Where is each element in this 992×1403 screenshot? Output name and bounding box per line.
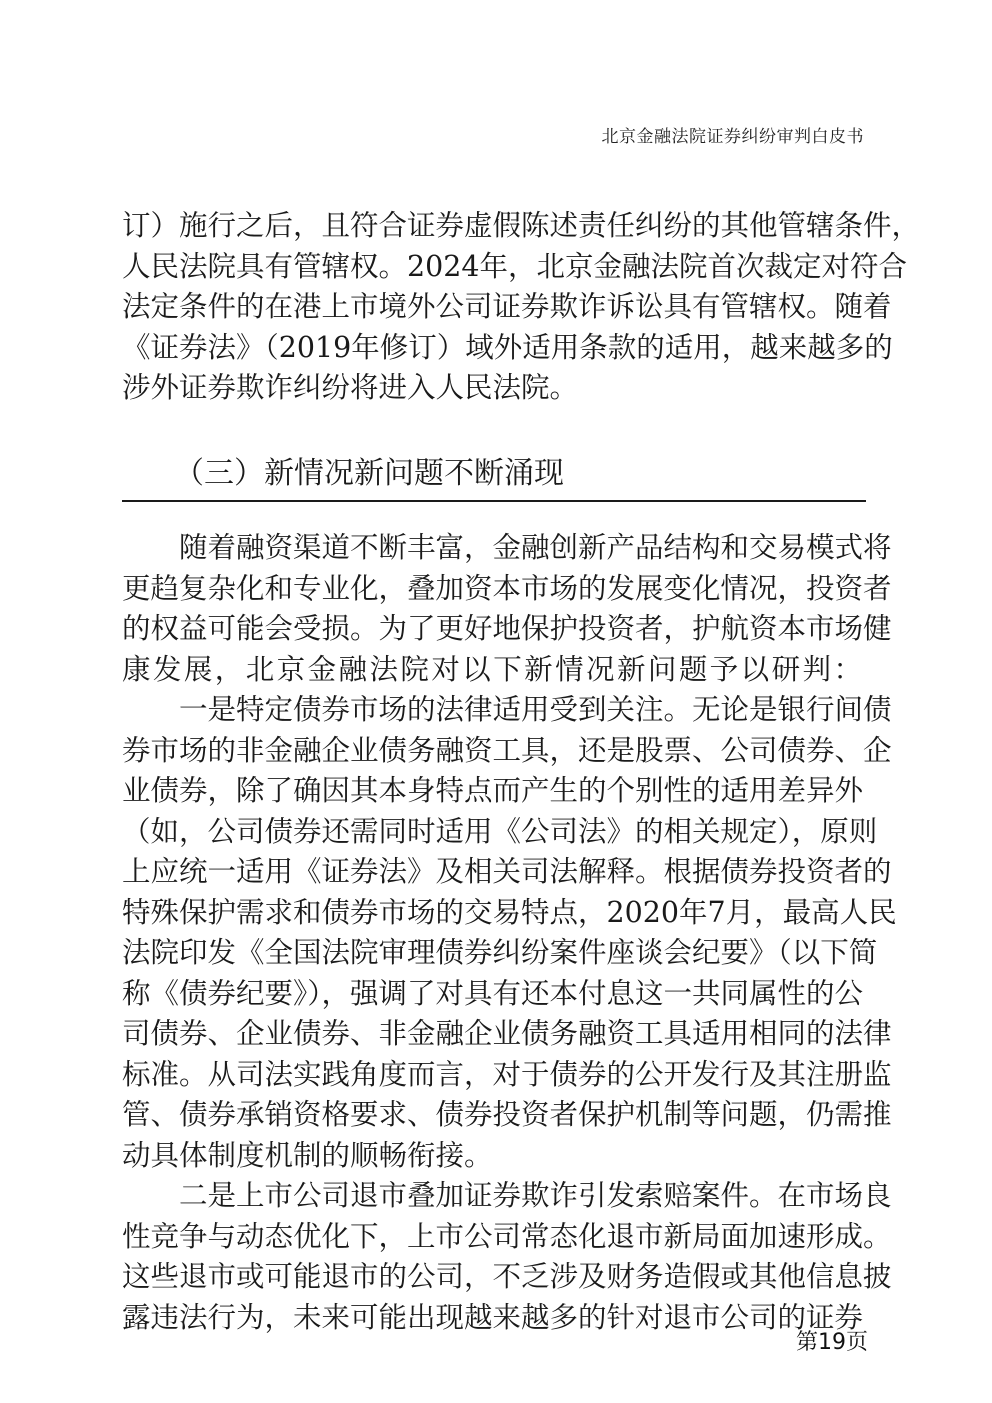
running-header: 北京金融法院证券纠纷审判白皮书	[602, 122, 865, 147]
page-number: 第19页	[796, 1325, 868, 1356]
text-line: 特殊保护需求和债券市场的交易特点，2020年7月，最高人民	[122, 893, 862, 934]
text-line: 司债券、企业债券、非金融企业债务融资工具适用相同的法律	[122, 1014, 862, 1055]
text-line: 券市场的非金融企业债务融资工具，还是股票、公司债券、企	[122, 731, 862, 772]
text-line: 涉外证券欺诈纠纷将进入人民法院。	[122, 368, 862, 409]
text-line: 一是特定债券市场的法律适用受到关注。无论是银行间债	[122, 690, 862, 731]
text-line: 人民法院具有管辖权。2024年，北京金融法院首次裁定对符合	[122, 247, 862, 288]
intro-paragraph: 订）施行之后，且符合证券虚假陈述责任纠纷的其他管辖条件， 人民法院具有管辖权。2…	[122, 206, 862, 409]
text-line: 二是上市公司退市叠加证券欺诈引发索赔案件。在市场良	[122, 1176, 862, 1217]
text-line: 康发展，北京金融法院对以下新情况新问题予以研判：	[122, 650, 862, 691]
text-line: 法院印发《全国法院审理债券纠纷案件座谈会纪要》（以下简	[122, 933, 862, 974]
text-line: 标准。从司法实践角度而言，对于债券的公开发行及其注册监	[122, 1055, 862, 1096]
section-divider	[122, 500, 866, 502]
text-line: 《证券法》（2019年修订）域外适用条款的适用，越来越多的	[122, 328, 862, 369]
text-line: 管、债券承销资格要求、债券投资者保护机制等问题，仍需推	[122, 1095, 862, 1136]
text-line: 上应统一适用《证券法》及相关司法解释。根据债券投资者的	[122, 852, 862, 893]
text-line: 动具体制度机制的顺畅衔接。	[122, 1136, 862, 1177]
text-line: 更趋复杂化和专业化，叠加资本市场的发展变化情况，投资者	[122, 569, 862, 610]
text-line: 随着融资渠道不断丰富，金融创新产品结构和交易模式将	[122, 528, 862, 569]
text-line: 订）施行之后，且符合证券虚假陈述责任纠纷的其他管辖条件，	[122, 206, 862, 247]
text-line: 露违法行为，未来可能出现越来越多的针对退市公司的证券	[122, 1298, 862, 1339]
text-line: （如，公司债券还需同时适用《公司法》的相关规定），原则	[122, 812, 862, 853]
text-line: 性竞争与动态优化下，上市公司常态化退市新局面加速形成。	[122, 1217, 862, 1258]
text-line: 法定条件的在港上市境外公司证券欺诈诉讼具有管辖权。随着	[122, 287, 862, 328]
section-heading: （三）新情况新问题不断涌现	[174, 448, 564, 492]
text-line: 的权益可能会受损。为了更好地保护投资者，护航资本市场健	[122, 609, 862, 650]
body-paragraphs: 随着融资渠道不断丰富，金融创新产品结构和交易模式将 更趋复杂化和专业化，叠加资本…	[122, 528, 862, 1338]
text-line: 称《债券纪要》），强调了对具有还本付息这一共同属性的公	[122, 974, 862, 1015]
text-line: 这些退市或可能退市的公司，不乏涉及财务造假或其他信息披	[122, 1257, 862, 1298]
text-line: 业债券，除了确因其本身特点而产生的个别性的适用差异外	[122, 771, 862, 812]
